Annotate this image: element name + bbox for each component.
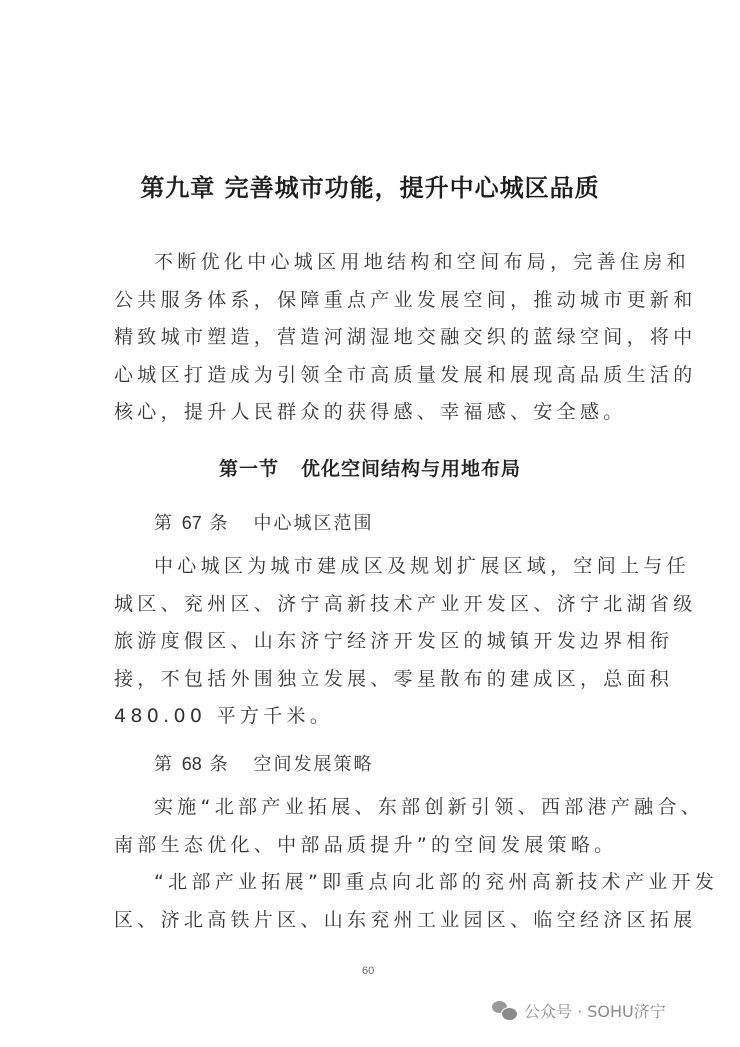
- paragraph-line: “北部产业拓展”即重点向北部的兖州高新技术产业开发: [114, 864, 634, 902]
- paragraph-line: 不断优化中心城区用地结构和空间布局，完善住房和: [114, 244, 634, 282]
- watermark-text: 公众号 · SOHU济宁: [524, 999, 666, 1022]
- article-number: 68: [182, 754, 202, 774]
- paragraph-line: 精致城市塑造，营造河湖湿地交融交织的蓝绿空间，将中: [114, 319, 634, 357]
- paragraph-line: 中心城区为城市建成区及规划扩展区域，空间上与任: [114, 548, 634, 586]
- paragraph-line: 接，不包括外围独立发展、零星散布的建成区，总面积: [114, 661, 634, 699]
- article-heading-67: 第 67 条中心城区范围: [154, 509, 374, 535]
- chapter-title: 第九章 完善城市功能，提升中心城区品质: [0, 168, 740, 203]
- paragraph-line: 南部生态优化、中部品质提升”的空间发展策略。: [114, 827, 634, 865]
- section-title: 优化空间结构与用地布局: [301, 458, 521, 480]
- article-68-paragraph-1: 实施“北部产业拓展、东部创新引领、西部港产融合、 南部生态优化、中部品质提升”的…: [114, 789, 634, 864]
- intro-paragraph: 不断优化中心城区用地结构和空间布局，完善住房和 公共服务体系，保障重点产业发展空…: [114, 244, 634, 432]
- document-page: 第九章 完善城市功能，提升中心城区品质 不断优化中心城区用地结构和空间布局，完善…: [0, 0, 740, 1047]
- paragraph-line: 公共服务体系，保障重点产业发展空间，推动城市更新和: [114, 282, 634, 320]
- paragraph-line: 旅游度假区、山东济宁经济开发区的城镇开发边界相衔: [114, 623, 634, 661]
- source-watermark: 公众号 · SOHU济宁: [492, 999, 666, 1022]
- paragraph-line: 实施“北部产业拓展、东部创新引领、西部港产融合、: [114, 789, 634, 827]
- paragraph-line: 城区、兖州区、济宁高新技术产业开发区、济宁北湖省级: [114, 586, 634, 624]
- paragraph-line: 心城区打造成为引领全市高质量发展和展现高品质生活的: [114, 357, 634, 395]
- article-67-paragraph: 中心城区为城市建成区及规划扩展区域，空间上与任 城区、兖州区、济宁高新技术产业开…: [114, 548, 634, 736]
- paragraph-line: 核心，提升人民群众的获得感、幸福感、安全感。: [114, 394, 634, 432]
- article-heading-68: 第 68 条空间发展策略: [154, 750, 374, 776]
- section-heading: 第一节优化空间结构与用地布局: [0, 454, 740, 481]
- wechat-icon: [492, 1001, 518, 1021]
- article-number: 67: [182, 513, 202, 533]
- paragraph-line: 区、济北高铁片区、山东兖州工业园区、临空经济区拓展: [114, 902, 634, 940]
- page-number: 60: [362, 965, 374, 977]
- article-title: 空间发展策略: [254, 754, 374, 775]
- section-label: 第一节: [219, 458, 279, 480]
- article-68-paragraph-2: “北部产业拓展”即重点向北部的兖州高新技术产业开发 区、济北高铁片区、山东兖州工…: [114, 864, 634, 939]
- article-title: 中心城区范围: [254, 513, 374, 534]
- paragraph-line: 480.00 平方千米。: [114, 698, 634, 736]
